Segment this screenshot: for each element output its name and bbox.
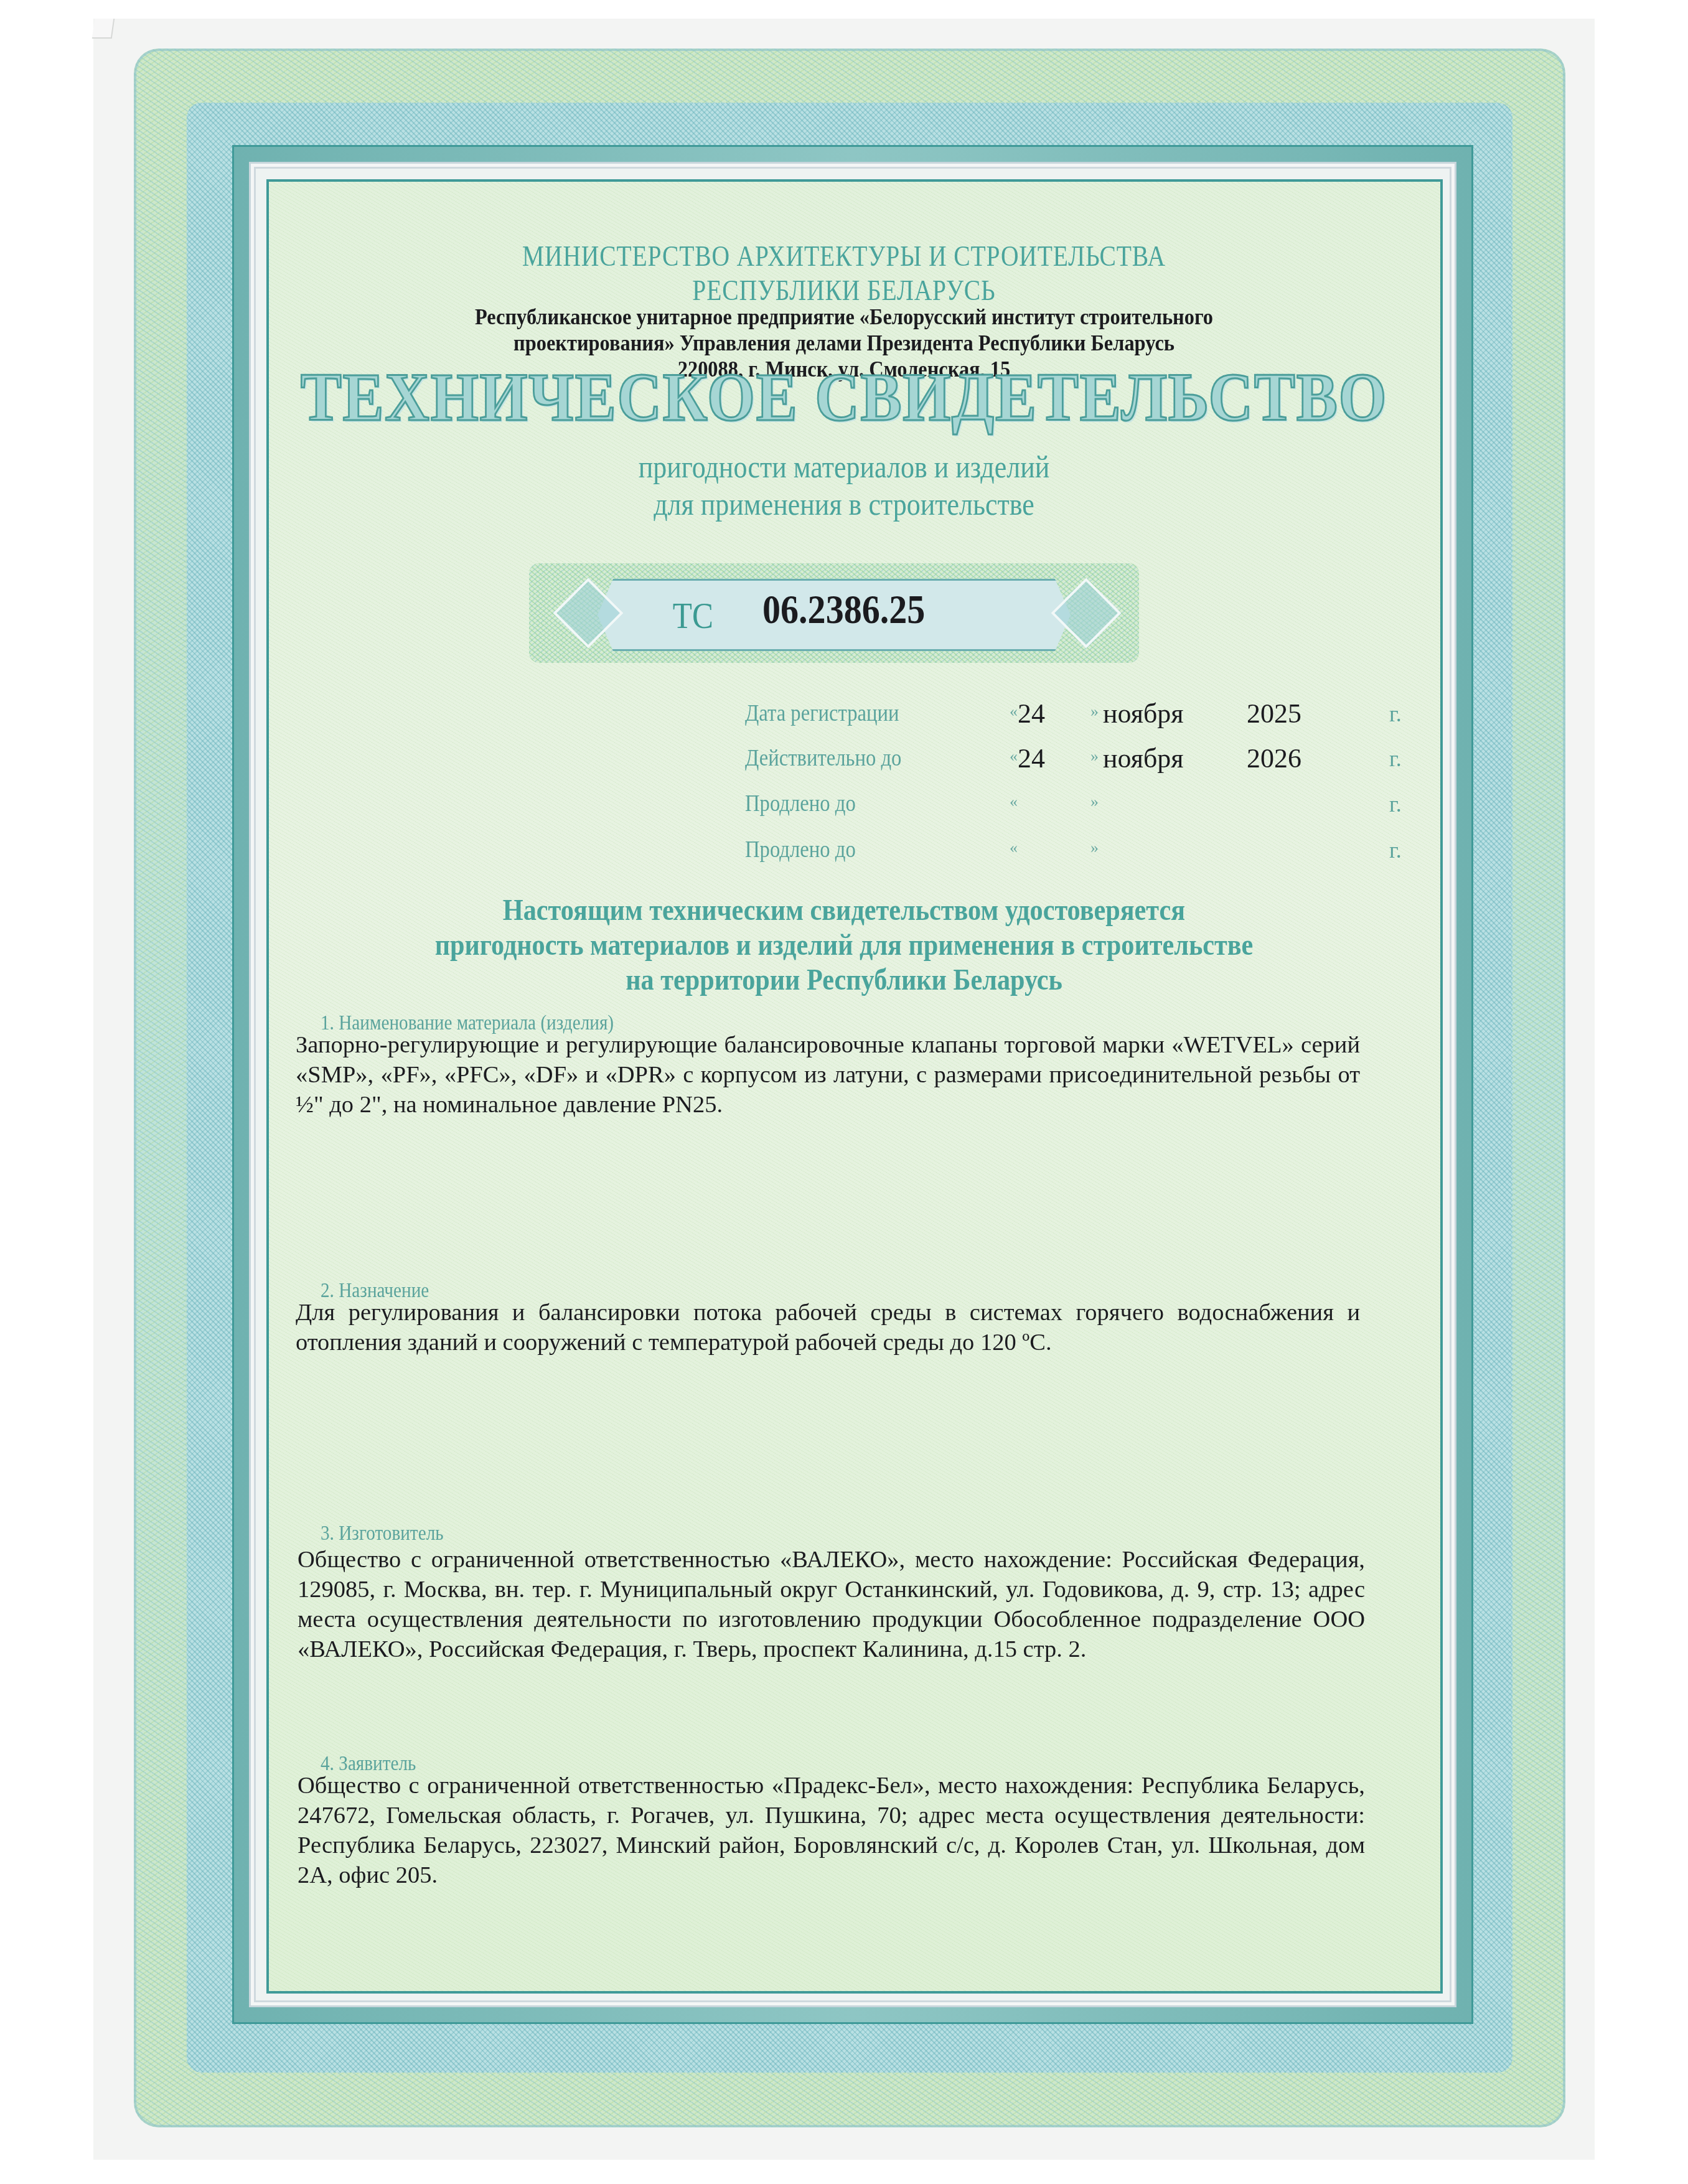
quote-open: « bbox=[1010, 747, 1018, 766]
section-text: Общество с ограниченной ответственностью… bbox=[298, 1545, 1365, 1664]
date-label: Продлено до bbox=[745, 836, 856, 863]
section-body-material: Запорно-регулирующие и регулирующие бала… bbox=[296, 1030, 1360, 1120]
date-year-suffix: г. bbox=[1389, 701, 1402, 727]
date-row-extended-2: Продлено до « » г. bbox=[745, 832, 1405, 863]
document-title: ТЕХНИЧЕСКОЕ СВИДЕТЕЛЬСТВО bbox=[85, 358, 1604, 437]
date-day: 24 bbox=[1018, 743, 1045, 774]
quote-close: » bbox=[1090, 747, 1099, 766]
quote-close: » bbox=[1090, 838, 1099, 857]
ministry-name-line1: МИНИСТЕРСТВО АРХИТЕКТУРЫ И СТРОИТЕЛЬСТВА bbox=[118, 240, 1570, 273]
certify-line1: Настоящим техническим свидетельством удо… bbox=[101, 893, 1587, 928]
section-body-manufacturer: Общество с ограниченной ответственностью… bbox=[298, 1545, 1365, 1664]
document-subtitle-line2: для применения в строительстве bbox=[101, 485, 1587, 523]
date-month: ноября bbox=[1103, 743, 1184, 774]
date-day: 24 bbox=[1018, 698, 1045, 729]
section-body-applicant: Общество с ограниченной ответственностью… bbox=[298, 1771, 1365, 1890]
certify-statement: Настоящим техническим свидетельством удо… bbox=[101, 893, 1587, 998]
date-row-valid-until: Действительно до « 24 » ноября 2026 г. bbox=[745, 741, 1405, 772]
date-label: Действительно до bbox=[745, 744, 901, 772]
date-year-suffix: г. bbox=[1389, 837, 1402, 863]
date-row-registration: Дата регистрации « 24 » ноября 2025 г. bbox=[745, 696, 1405, 727]
ministry-name-line2: РЕСПУБЛИКИ БЕЛАРУСЬ bbox=[118, 274, 1570, 307]
section-text: Запорно-регулирующие и регулирующие бала… bbox=[296, 1030, 1360, 1120]
date-year: 2025 bbox=[1247, 698, 1301, 729]
issuer-line1: Республиканское унитарное предприятие «Б… bbox=[85, 304, 1604, 330]
date-month: ноября bbox=[1103, 698, 1184, 729]
section-heading-manufacturer: 3. Изготовитель bbox=[321, 1522, 444, 1545]
date-label: Продлено до bbox=[745, 790, 856, 817]
date-label: Дата регистрации bbox=[745, 700, 899, 727]
certify-line3: на территории Республики Беларусь bbox=[101, 963, 1587, 998]
certificate-prefix: ТС bbox=[673, 594, 713, 637]
date-year-suffix: г. bbox=[1389, 791, 1402, 817]
section-text: Для регулирования и балансировки потока … bbox=[296, 1298, 1360, 1357]
paper-corner-fold bbox=[92, 19, 115, 39]
quote-close: » bbox=[1090, 702, 1099, 721]
document-subtitle-line1: пригодности материалов и изделий bbox=[101, 448, 1587, 485]
quote-close: » bbox=[1090, 792, 1099, 811]
certificate-number: 06.2386.25 bbox=[762, 586, 925, 634]
date-year-suffix: г. bbox=[1389, 746, 1402, 772]
quote-open: « bbox=[1010, 792, 1018, 811]
section-text: Общество с ограниченной ответственностью… bbox=[298, 1771, 1365, 1890]
date-row-extended-1: Продлено до « » г. bbox=[745, 786, 1405, 817]
quote-open: « bbox=[1010, 838, 1018, 857]
date-year: 2026 bbox=[1247, 743, 1301, 774]
section-body-purpose: Для регулирования и балансировки потока … bbox=[296, 1298, 1360, 1357]
certify-line2: пригодность материалов и изделий для при… bbox=[101, 928, 1587, 963]
quote-open: « bbox=[1010, 702, 1018, 721]
issuer-line2: проектирования» Управления делами Презид… bbox=[85, 330, 1604, 356]
